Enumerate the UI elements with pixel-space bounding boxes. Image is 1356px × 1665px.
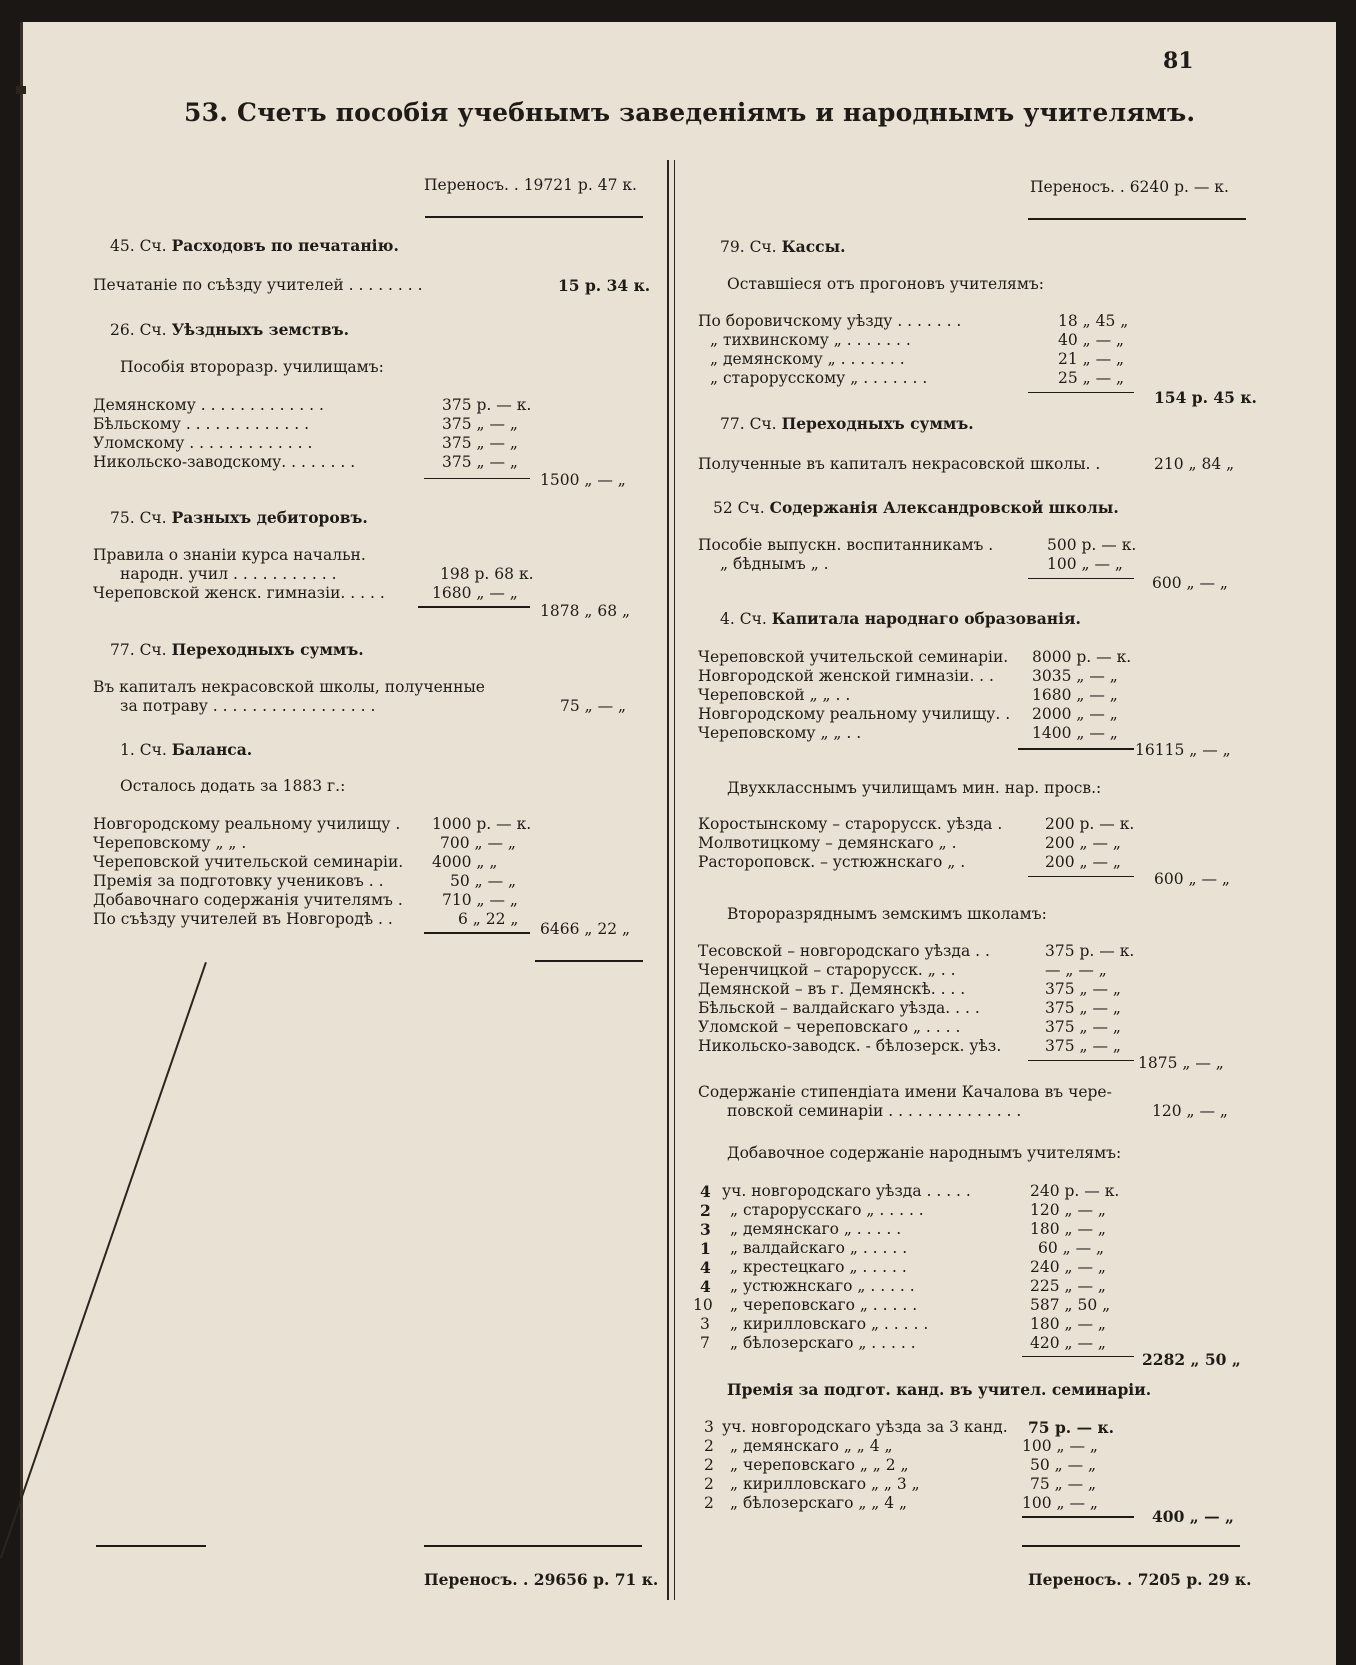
row-count: 3 [700, 1315, 710, 1334]
row-amount: 75 „ — „ [560, 697, 626, 716]
row-amount: 375 „ — „ [442, 415, 518, 434]
rule [1028, 578, 1134, 579]
row-amount: 375 р. — к. [442, 396, 531, 415]
row-count: 2 [704, 1475, 714, 1494]
row-count: 3 [700, 1220, 711, 1239]
row-label: Череповской учительской семинаріи. [698, 648, 1008, 667]
row-label: Новгородскому реальному училищу . [93, 815, 400, 834]
row-label: Тесовской – новгородскаго уѣзда . . [698, 942, 990, 961]
rule [1022, 1356, 1134, 1357]
row-label: Череповскому „ „ . . [698, 724, 861, 743]
row-label: „ бѣлозерскаго „ . . . . . [730, 1334, 916, 1353]
row-count: 3 [704, 1418, 714, 1437]
row-label: „ бѣлозерскаго „ „ 4 „ [730, 1494, 907, 1513]
rule [1028, 218, 1246, 220]
row-amount: 100 „ — „ [1022, 1494, 1098, 1513]
section-total: 1875 „ — „ [1138, 1054, 1224, 1073]
row-amount: 120 „ — „ [1030, 1201, 1106, 1220]
row-label: Полученные въ капиталъ некрасовской школ… [698, 455, 1100, 474]
row-label: „ крестецкаго „ . . . . . [730, 1258, 907, 1277]
row-label: Демянскому . . . . . . . . . . . . . [93, 396, 324, 415]
row-amount: 375 „ — „ [1045, 1037, 1121, 1056]
page-number: 81 [1163, 48, 1194, 74]
row-amount: 100 „ — „ [1022, 1437, 1098, 1456]
row-amount: 50 „ — „ [1030, 1456, 1096, 1475]
row-amount: 587 „ 50 „ [1030, 1296, 1110, 1315]
row-amount: 375 „ — „ [1045, 1018, 1121, 1037]
row-label: „ старорусскому „ . . . . . . . [710, 369, 927, 388]
row-label: Демянской – въ г. Демянскѣ. . . . [698, 980, 965, 999]
section-total: 600 „ — „ [1154, 870, 1230, 889]
subheading: Второразряднымъ земскимъ школамъ: [727, 905, 1047, 924]
rule [1022, 1516, 1134, 1518]
row-label: „ демянскаго „ „ 4 „ [730, 1437, 893, 1456]
row-label: повской семинаріи . . . . . . . . . . . … [727, 1102, 1021, 1121]
row-count: 7 [700, 1334, 710, 1353]
row-amount: 200 „ — „ [1045, 853, 1121, 872]
right-carry-in: Переносъ. . 6240 р. — к. [1030, 178, 1229, 197]
row-label: Пособіе выпускн. воспитанникамъ . [698, 536, 993, 555]
rule [425, 216, 643, 218]
section-heading: 75. Сч. Разныхъ дебиторовъ. [110, 508, 368, 528]
row-label: Бѣльской – валдайскаго уѣзда. . . . [698, 999, 980, 1018]
row-amount: — „ — „ [1045, 961, 1107, 980]
row-label: По съѣзду учителей въ Новгородѣ . . [93, 910, 393, 929]
subheading: Двухкласснымъ училищамъ мин. нар. просв.… [727, 779, 1101, 798]
row-count: 10 [693, 1296, 713, 1315]
subheading: Премія за подгот. канд. въ учител. семин… [727, 1380, 1151, 1399]
row-amount: 200 р. — к. [1045, 815, 1134, 834]
row-count: 2 [704, 1494, 714, 1513]
section-heading: 77. Сч. Переходныхъ суммъ. [720, 414, 974, 434]
row-label: народн. учил . . . . . . . . . . . [120, 565, 337, 584]
row-label: Въ капиталъ некрасовской школы, полученн… [93, 678, 485, 697]
section-heading: 77. Сч. Переходныхъ суммъ. [110, 640, 364, 660]
rule [424, 1545, 642, 1547]
row-amount: 375 „ — „ [442, 453, 518, 472]
row-amount: 180 „ — „ [1030, 1315, 1106, 1334]
row-label: Растороповск. – устюжнскаго „ . [698, 853, 965, 872]
rule [1028, 1060, 1134, 1061]
row-amount: 18 „ 45 „ [1058, 312, 1128, 331]
left-carry-in: Переносъ. . 19721 р. 47 к. [424, 176, 637, 195]
rule [1028, 876, 1134, 877]
row-amount: 375 „ — „ [1045, 999, 1121, 1018]
row-label: „ череповскаго „ „ 2 „ [730, 1456, 909, 1475]
row-label: По боровичскому уѣзду . . . . . . . [698, 312, 961, 331]
rule [96, 1545, 206, 1547]
row-amount: 60 „ — „ [1038, 1239, 1104, 1258]
row-count: 2 [700, 1201, 711, 1220]
row-label: Уломскому . . . . . . . . . . . . . [93, 434, 312, 453]
row-label: Молвотицкому – демянскаго „ . [698, 834, 957, 853]
section-total: 6466 „ 22 „ [540, 920, 630, 939]
section-heading: 4. Сч. Капитала народнаго образованія. [720, 609, 1081, 629]
section-total: 16115 „ — „ [1135, 741, 1231, 760]
row-amount: 225 „ — „ [1030, 1277, 1106, 1296]
row-label: Череповской женск. гимназіи. . . . . [93, 584, 385, 603]
row-label: Бѣльскому . . . . . . . . . . . . . [93, 415, 309, 434]
spine-mark [16, 86, 26, 94]
row-label: уч. новгородскаго уѣзда за 3 канд. [722, 1418, 1008, 1437]
row-amount: 700 „ — „ [440, 834, 516, 853]
row-label: „ валдайскаго „ . . . . . [730, 1239, 907, 1258]
row-amount: 375 „ — „ [442, 434, 518, 453]
row-label: „ старорусскаго „ . . . . . [730, 1201, 924, 1220]
row-label: „ кирилловскаго „ . . . . . [730, 1315, 928, 1334]
row-amount: 500 р. — к. [1047, 536, 1136, 555]
rule [1022, 1545, 1240, 1547]
row-label: Уломской – череповскаго „ . . . . [698, 1018, 960, 1037]
row-amount: 710 „ — „ [442, 891, 518, 910]
row-label: уч. новгородскаго уѣзда . . . . . [722, 1182, 971, 1201]
section-total: 600 „ — „ [1152, 574, 1228, 593]
row-amount: 2000 „ — „ [1032, 705, 1118, 724]
row-count: 4 [700, 1182, 711, 1201]
section-heading: 79. Сч. Кассы. [720, 237, 846, 257]
rule [535, 960, 643, 962]
row-label: Печатаніе по съѣзду учителей . . . . . .… [93, 276, 423, 295]
row-label: Коростынскому – старорусск. уѣзда . [698, 815, 1002, 834]
row-amount: 75 „ — „ [1030, 1475, 1096, 1494]
row-amount: 120 „ — „ [1152, 1102, 1228, 1121]
section-total: 400 „ — „ [1152, 1507, 1234, 1526]
section-total: 1878 „ 68 „ [540, 602, 630, 621]
row-label: Премія за подготовку учениковъ . . [93, 872, 384, 891]
row-amount: 50 „ — „ [450, 872, 516, 891]
row-amount: 180 „ — „ [1030, 1220, 1106, 1239]
left-carry-out: Переносъ. . 29656 р. 71 к. [424, 1570, 658, 1589]
row-label: „ кирилловскаго „ „ 3 „ [730, 1475, 920, 1494]
row-label: за потраву . . . . . . . . . . . . . . .… [120, 697, 375, 716]
row-label: Новгородскому реальному училищу. . [698, 705, 1010, 724]
row-label: „ бѣднымъ „ . [720, 555, 829, 574]
section-heading: 52 Сч. Содержанія Александровской школы. [713, 498, 1119, 518]
section-total: 2282 „ 50 „ [1142, 1350, 1241, 1369]
section-total: 1500 „ — „ [540, 471, 626, 490]
row-amount: 1680 „ — „ [432, 584, 518, 603]
row-amount: 1400 „ — „ [1032, 724, 1118, 743]
row-label: Содержаніе стипендіата имени Качалова въ… [698, 1083, 1112, 1102]
row-count: 2 [704, 1437, 714, 1456]
rule [424, 932, 530, 934]
row-amount: 4000 „ „ [432, 853, 497, 872]
row-amount: 200 „ — „ [1045, 834, 1121, 853]
section-heading: 26. Сч. Уѣздныхъ земствъ. [110, 320, 349, 340]
row-label: „ устюжнскаго „ . . . . . [730, 1277, 915, 1296]
section-heading: 1. Сч. Баланса. [120, 740, 252, 760]
row-count: 1 [700, 1239, 711, 1258]
row-amount: 375 р. — к. [1045, 942, 1134, 961]
subheading: Пособія второразр. училищамъ: [120, 358, 384, 377]
row-label: Никольско-заводскому. . . . . . . . [93, 453, 355, 472]
row-label: Череповской „ „ . . [698, 686, 850, 705]
column-divider [667, 160, 675, 1600]
row-label: Новгородской женской гимназіи. . . [698, 667, 994, 686]
row-label: Добавочнаго содержанія учителямъ . [93, 891, 403, 910]
right-carry-out: Переносъ. . 7205 р. 29 к. [1028, 1570, 1252, 1589]
subheading: Добавочное содержаніе народнымъ учителям… [727, 1144, 1121, 1163]
rule [418, 606, 530, 608]
row-amount: 25 „ — „ [1058, 369, 1124, 388]
row-amount: 210 „ 84 „ [1154, 455, 1234, 474]
section-heading: 45. Сч. Расходовъ по печатанію. [110, 236, 399, 256]
row-amount: 240 „ — „ [1030, 1258, 1106, 1277]
row-label: „ демянскаго „ . . . . . [730, 1220, 901, 1239]
row-amount: 420 „ — „ [1030, 1334, 1106, 1353]
row-count: 2 [704, 1456, 714, 1475]
rule [424, 478, 530, 479]
row-amount: 240 р. — к. [1030, 1182, 1119, 1201]
row-label: „ демянскому „ . . . . . . . [710, 350, 905, 369]
row-amount: 375 „ — „ [1045, 980, 1121, 999]
row-label: „ тихвинскому „ . . . . . . . [710, 331, 911, 350]
row-amount: 100 „ — „ [1047, 555, 1123, 574]
rule [1028, 392, 1134, 393]
row-amount: 1680 „ — „ [1032, 686, 1118, 705]
row-amount: 75 р. — к. [1028, 1418, 1114, 1437]
row-label: Черенчицкой – старорусск. „ . . [698, 961, 956, 980]
row-label: Правила о знаніи курса начальн. [93, 546, 366, 565]
row-label: Никольско-заводск. - бѣлозерск. уѣз. [698, 1037, 1001, 1056]
row-label: Череповской учительской семинаріи. [93, 853, 403, 872]
row-amount: 1000 р. — к. [432, 815, 531, 834]
row-count: 4 [700, 1258, 711, 1277]
subheading: Оставшіеся отъ прогоновъ учителямъ: [727, 275, 1044, 294]
row-amount: 40 „ — „ [1058, 331, 1124, 350]
subheading: Осталось додать за 1883 г.: [120, 777, 345, 796]
row-amount: 3035 „ — „ [1032, 667, 1118, 686]
rule [1018, 748, 1134, 750]
row-label: „ череповскаго „ . . . . . [730, 1296, 917, 1315]
section-total: 154 р. 45 к. [1154, 388, 1257, 407]
row-amount: 8000 р. — к. [1032, 648, 1131, 667]
row-label: Череповскому „ „ . [93, 834, 246, 853]
row-amount: 21 „ — „ [1058, 350, 1124, 369]
row-amount: 6 „ 22 „ [458, 910, 518, 929]
page-title: 53. Счетъ пособія учебнымъ заведеніямъ и… [184, 98, 1195, 127]
page-spine [20, 22, 23, 1665]
row-amount: 198 р. 68 к. [440, 565, 534, 584]
row-amount: 15 р. 34 к. [558, 276, 650, 295]
row-count: 4 [700, 1277, 711, 1296]
